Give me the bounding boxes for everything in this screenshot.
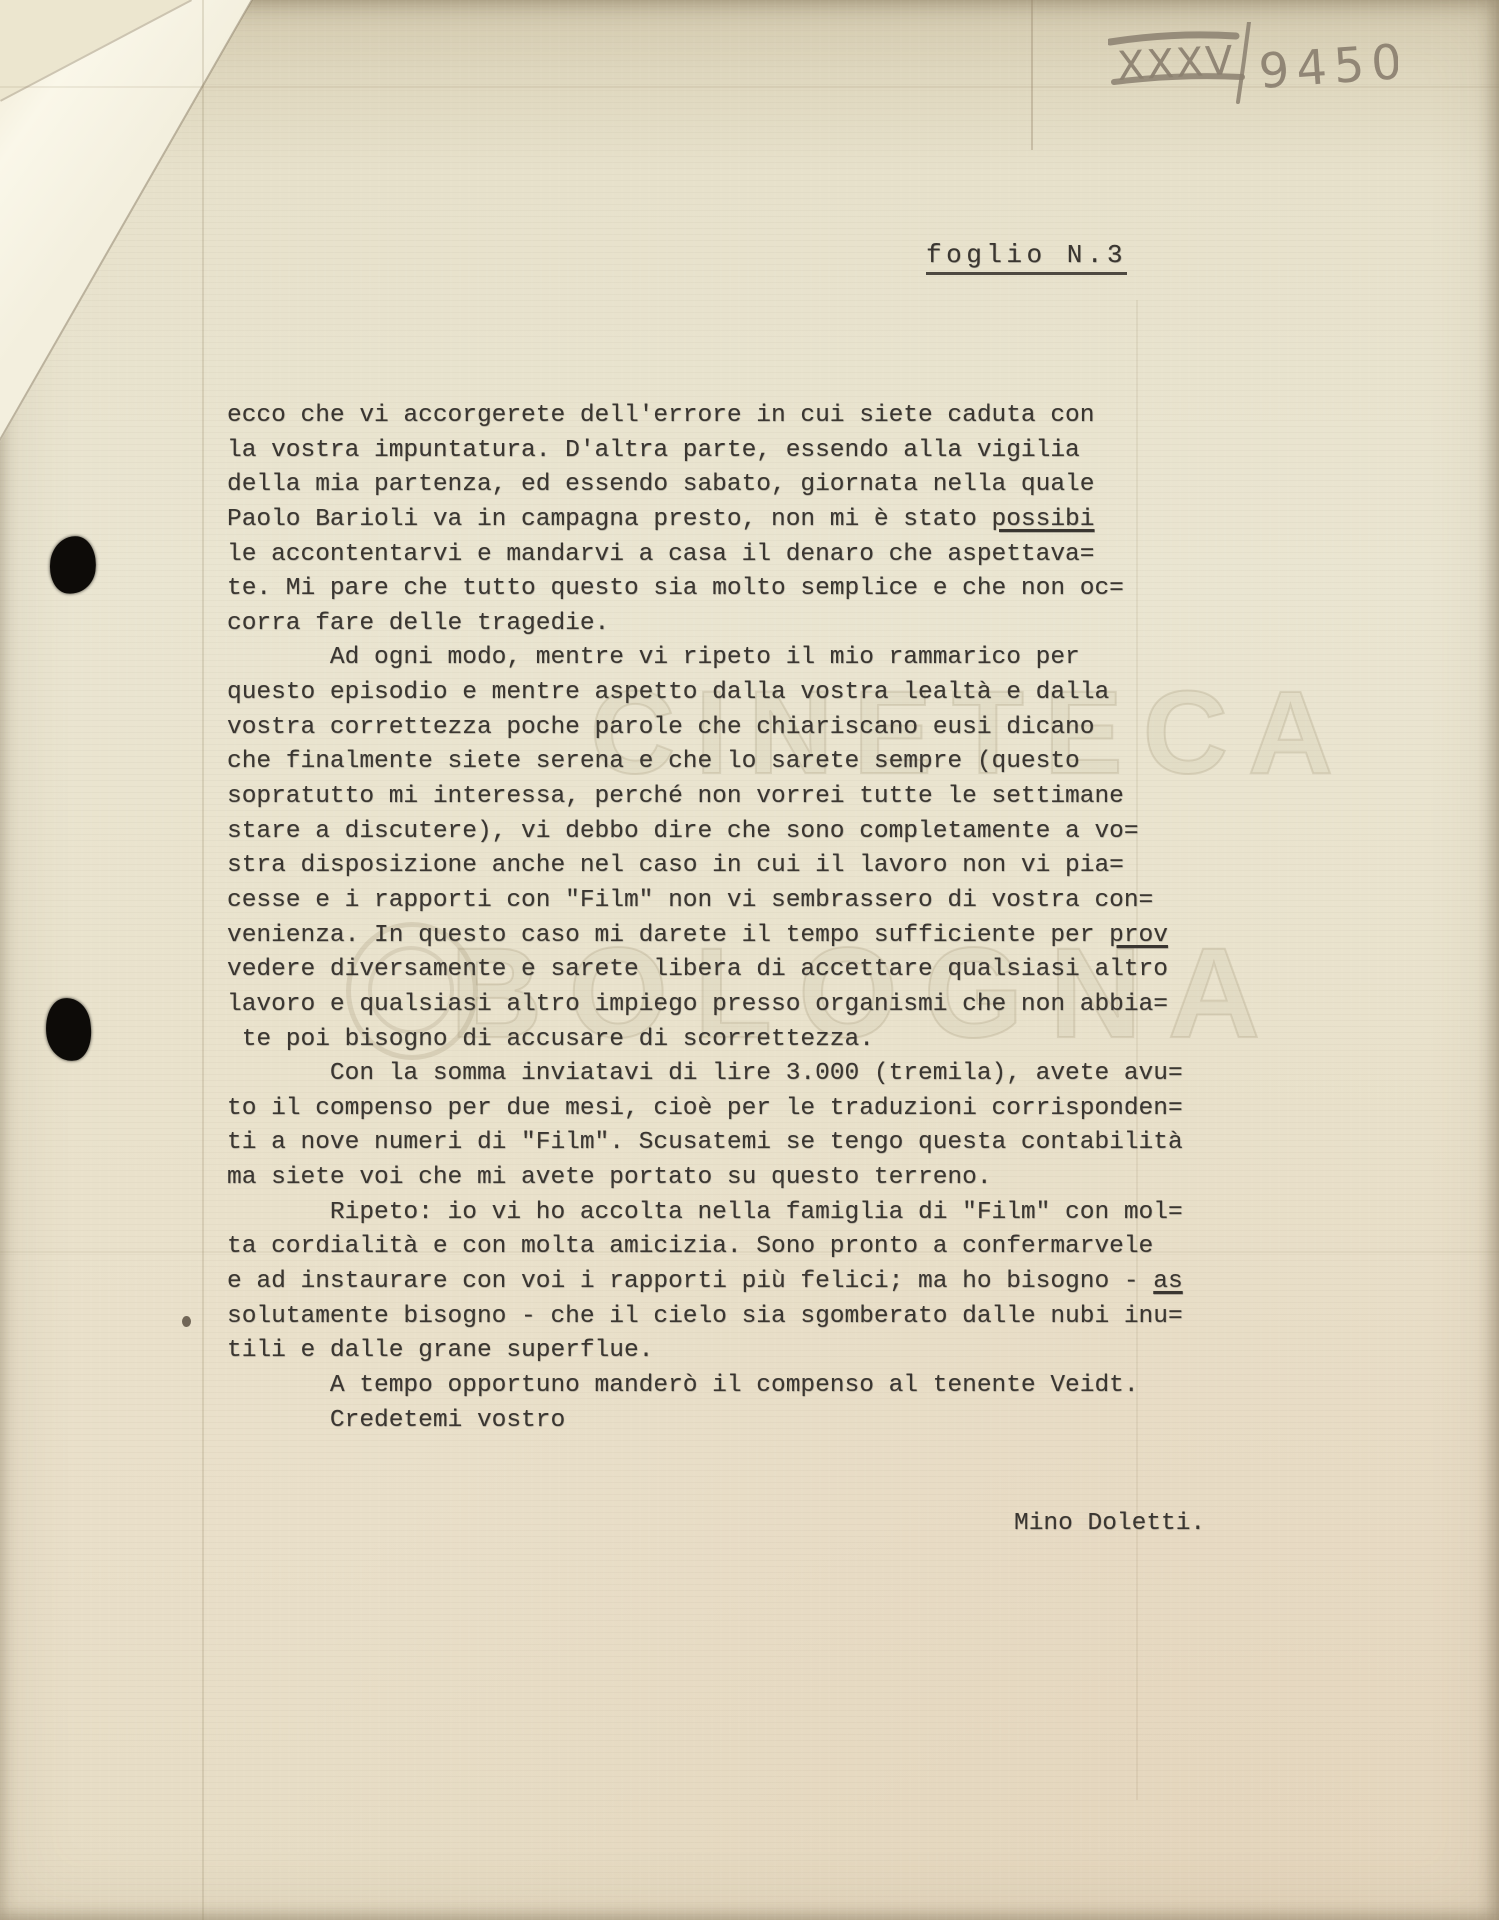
letter-line: stra disposizione anche nel caso in cui … bbox=[227, 849, 1183, 884]
letter-line: ti a nove numeri di "Film". Scusatemi se… bbox=[227, 1126, 1183, 1161]
letter-line: ta cordialità e con molta amicizia. Sono… bbox=[227, 1230, 1183, 1265]
letter-line: vostra correttezza poche parole che chia… bbox=[227, 711, 1183, 746]
letter-line: A tempo opportuno manderò il compenso al… bbox=[227, 1369, 1183, 1404]
page-heading: foglio N.3 bbox=[926, 240, 1127, 275]
ink-speck bbox=[182, 1316, 191, 1327]
letter-line: e ad instaurare con voi i rapporti più f… bbox=[227, 1265, 1183, 1300]
letter-line: venienza. In questo caso mi darete il te… bbox=[227, 919, 1183, 954]
letter-line: sopratutto mi interessa, perché non vorr… bbox=[227, 780, 1183, 815]
punch-mark bbox=[43, 996, 94, 1063]
letter-line: vedere diversamente e sarete libera di a… bbox=[227, 953, 1183, 988]
signature: Mino Doletti. bbox=[1014, 1510, 1205, 1537]
handwritten-archive-number: XXXV 9450 bbox=[1108, 22, 1398, 122]
letter-line: cesse e i rapporti con "Film" non vi sem… bbox=[227, 884, 1183, 919]
letter-line: tili e dalle grane superflue. bbox=[227, 1334, 1183, 1369]
vertical-crease bbox=[1031, 0, 1033, 150]
letter-line: della mia partenza, ed essendo sabato, g… bbox=[227, 468, 1183, 503]
letter-line: to il compenso per due mesi, cioè per le… bbox=[227, 1092, 1183, 1127]
letter-line: te. Mi pare che tutto questo sia molto s… bbox=[227, 572, 1183, 607]
letter-line: la vostra impuntatura. D'altra parte, es… bbox=[227, 434, 1183, 469]
letter-line: te poi bisogno di accusare di scorrettez… bbox=[227, 1023, 1183, 1058]
slash-stroke bbox=[1238, 22, 1249, 102]
letter-line: questo episodio e mentre aspetto dalla v… bbox=[227, 676, 1183, 711]
letter-line: Paolo Barioli va in campagna presto, non… bbox=[227, 503, 1183, 538]
letter-line: corra fare delle tragedie. bbox=[227, 607, 1183, 642]
letter-line: Ad ogni modo, mentre vi ripeto il mio ra… bbox=[227, 641, 1183, 676]
letter-line: lavoro e qualsiasi altro impiego presso … bbox=[227, 988, 1183, 1023]
letter-body: ecco che vi accorgerete dell'errore in c… bbox=[227, 399, 1183, 1438]
punch-mark bbox=[46, 533, 100, 597]
letter-line: solutamente bisogno - che il cielo sia s… bbox=[227, 1300, 1183, 1335]
letter-line: Ripeto: io vi ho accolta nella famiglia … bbox=[227, 1196, 1183, 1231]
letter-line: Con la somma inviatavi di lire 3.000 (tr… bbox=[227, 1057, 1183, 1092]
vertical-crease bbox=[202, 0, 204, 1920]
scanned-letter-page: CINETECA BOLOGNA XXXV 9450 foglio N.3 ec… bbox=[0, 0, 1499, 1920]
letter-line: le accontentarvi e mandarvi a casa il de… bbox=[227, 538, 1183, 573]
archive-number: 9450 bbox=[1257, 34, 1398, 100]
letter-line: ecco che vi accorgerete dell'errore in c… bbox=[227, 399, 1183, 434]
letter-line: Credetemi vostro bbox=[227, 1404, 1183, 1439]
letter-line: ma siete voi che mi avete portato su que… bbox=[227, 1161, 1183, 1196]
letter-line: che finalmente siete serena e che lo sar… bbox=[227, 745, 1183, 780]
letter-line: stare a discutere), vi debbo dire che so… bbox=[227, 815, 1183, 850]
